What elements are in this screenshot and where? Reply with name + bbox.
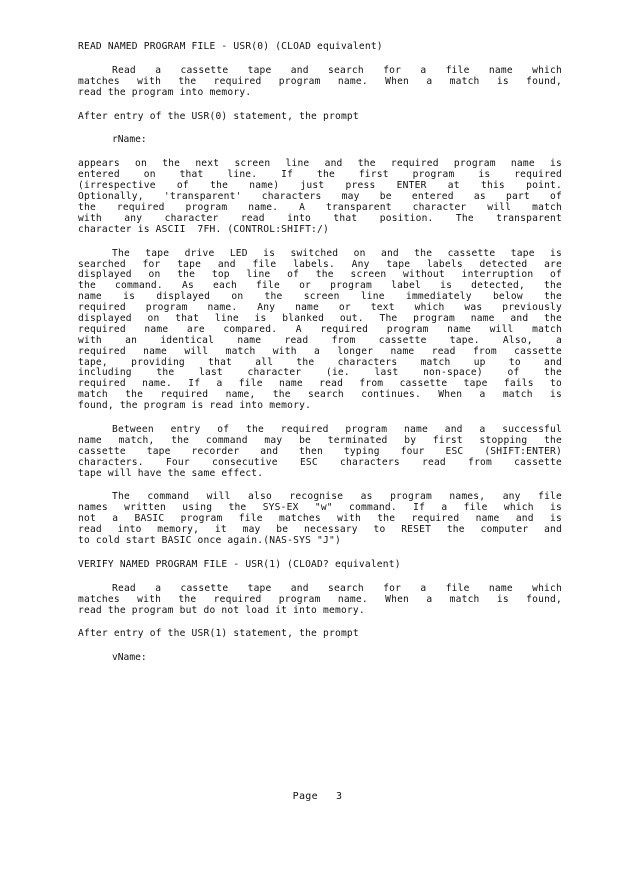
document-page: READ NAMED PROGRAM FILE - USR(0) (CLOAD … xyxy=(78,42,562,664)
text-line: required name will match with a longer n… xyxy=(78,347,562,358)
paragraph-read-intro: Read a cassette tape and search for a fi… xyxy=(78,66,562,99)
text-line: cassette tape recorder and then typing f… xyxy=(78,447,562,458)
paragraph-terminate: Between entry of the required program na… xyxy=(78,425,562,479)
prompt-rname: rName: xyxy=(78,135,562,146)
section-heading-read: READ NAMED PROGRAM FILE - USR(0) (CLOAD … xyxy=(78,42,562,53)
text-line: read the program into memory. xyxy=(78,88,562,99)
text-line: The tape drive LED is switched on and th… xyxy=(78,249,562,260)
page-label: Page xyxy=(293,791,318,802)
text-line: tape will have the same effect. xyxy=(78,469,562,480)
paragraph-verify-intro: Read a cassette tape and search for a fi… xyxy=(78,584,562,617)
text-line: characters. Four consecutive ESC charact… xyxy=(78,458,562,469)
text-line: character is ASCII 7FH. (CONTROL:SHIFT:/… xyxy=(78,225,562,236)
after-entry-text-verify: After entry of the USR(1) statement, the… xyxy=(78,629,562,640)
text-line: read the program but do not load it into… xyxy=(78,606,562,617)
page-footer: Page3 xyxy=(280,780,342,802)
after-entry-text: After entry of the USR(0) statement, the… xyxy=(78,112,562,123)
paragraph-sysex: The command will also recognise as progr… xyxy=(78,492,562,546)
text-line: to cold start BASIC once again.(NAS-SYS … xyxy=(78,536,562,547)
prompt-vname: vName: xyxy=(78,653,562,664)
text-line: with an identical name read from cassett… xyxy=(78,336,562,347)
paragraph-tape-search: The tape drive LED is switched on and th… xyxy=(78,249,562,412)
paragraph-prompt-description: appears on the next screen line and the … xyxy=(78,159,562,235)
text-line: matches with the required program name. … xyxy=(78,595,562,606)
text-line: found, the program is read into memory. xyxy=(78,401,562,412)
page-number: 3 xyxy=(336,791,342,802)
section-heading-verify: VERIFY NAMED PROGRAM FILE - USR(1) (CLOA… xyxy=(78,560,562,571)
